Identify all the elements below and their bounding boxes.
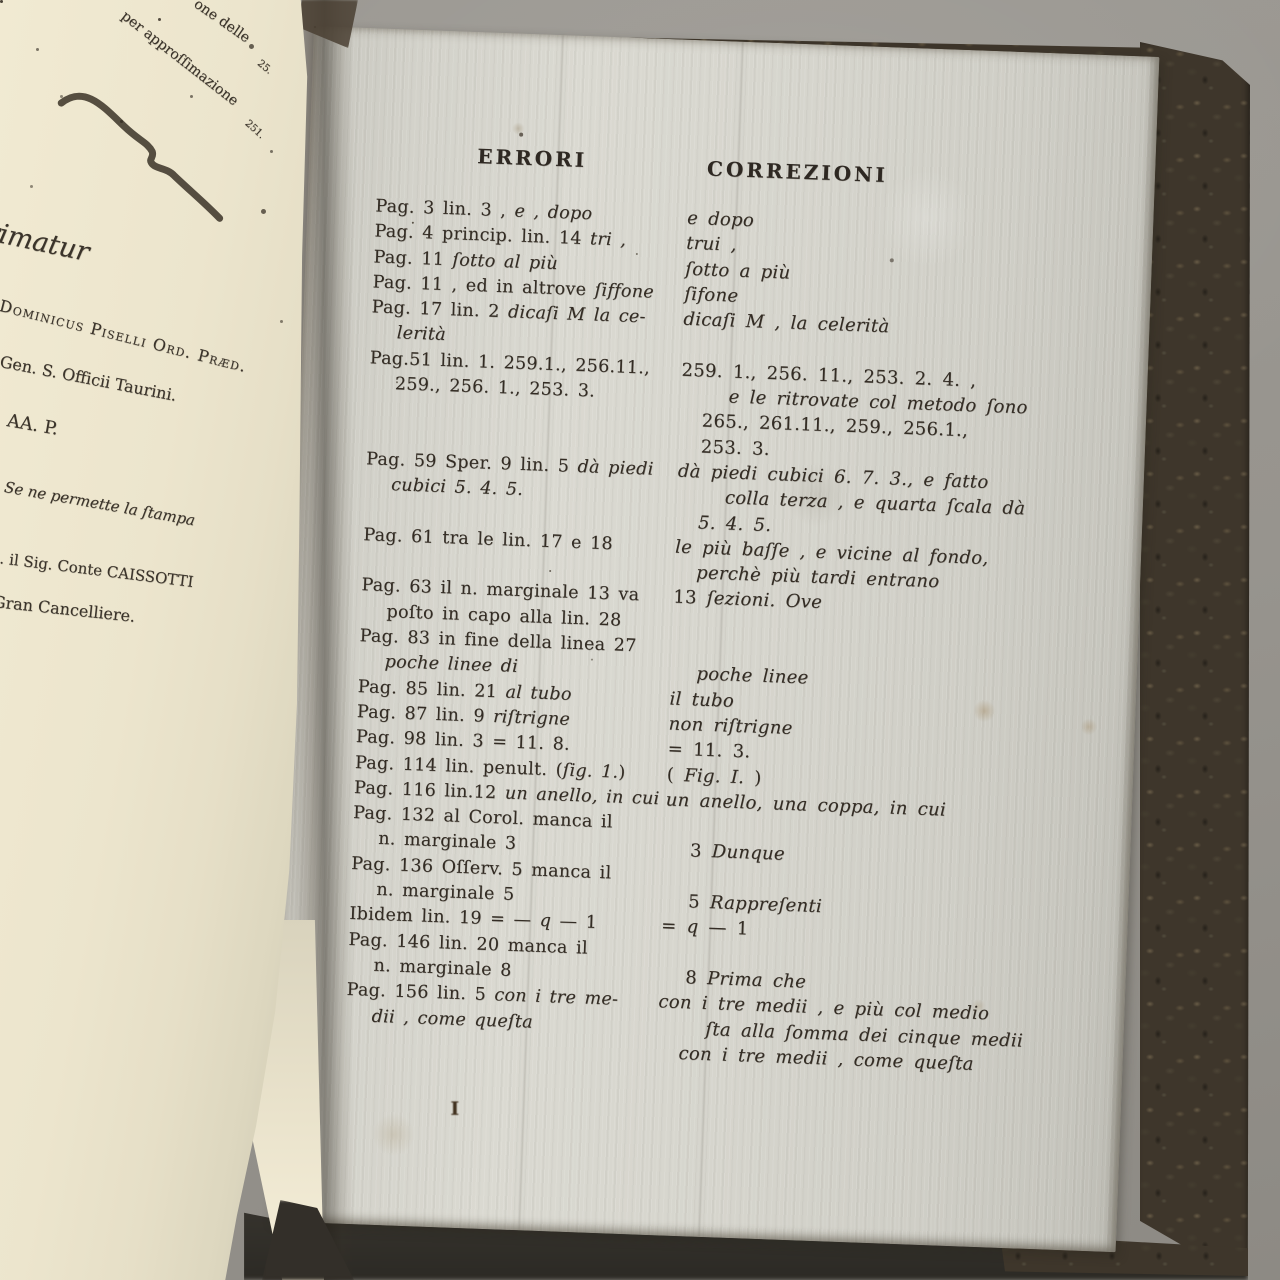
column-header-correzioni: CORREZIONI <box>707 157 889 189</box>
column-headers: ERRORI CORREZIONI <box>377 140 1149 194</box>
left-page-text-fragment: rimatur <box>0 216 92 268</box>
left-page-text-fragment: one delle <box>191 0 253 46</box>
errata-page: ERRORI CORREZIONI Pag. 3 lin. 3 , e , do… <box>270 26 1159 1252</box>
left-page-text-fragment: 25. <box>255 58 274 77</box>
left-page-text-fragment: 251. <box>243 118 267 141</box>
left-page-text-fragment: Se ne permette la ſtampa <box>3 478 197 529</box>
left-page-text-fragment: L. AA. P. <box>0 406 60 440</box>
ink-specks <box>0 0 3 3</box>
column-header-errori: ERRORI <box>477 144 588 173</box>
left-page-text-fragment: Gen. S. Officii Taurini. <box>0 352 178 405</box>
left-page-text-fragment: Gran Cancelliere. <box>0 592 136 626</box>
ink-flourish <box>39 76 247 227</box>
errata-text: ERRORI CORREZIONI Pag. 3 lin. 3 , e , do… <box>344 140 1149 1082</box>
photo-of-open-book: ERRORI CORREZIONI Pag. 3 lin. 3 , e , do… <box>0 0 1280 1280</box>
marbled-cover-edge-right <box>1140 42 1250 1270</box>
errata-rows: Pag. 3 lin. 3 , e , dopoe dopoPag. 4 pri… <box>344 194 1147 1082</box>
signature-mark: I <box>450 1098 459 1120</box>
left-page-text-fragment: E. il Sig. Conte CAISSOTTI <box>0 548 194 591</box>
